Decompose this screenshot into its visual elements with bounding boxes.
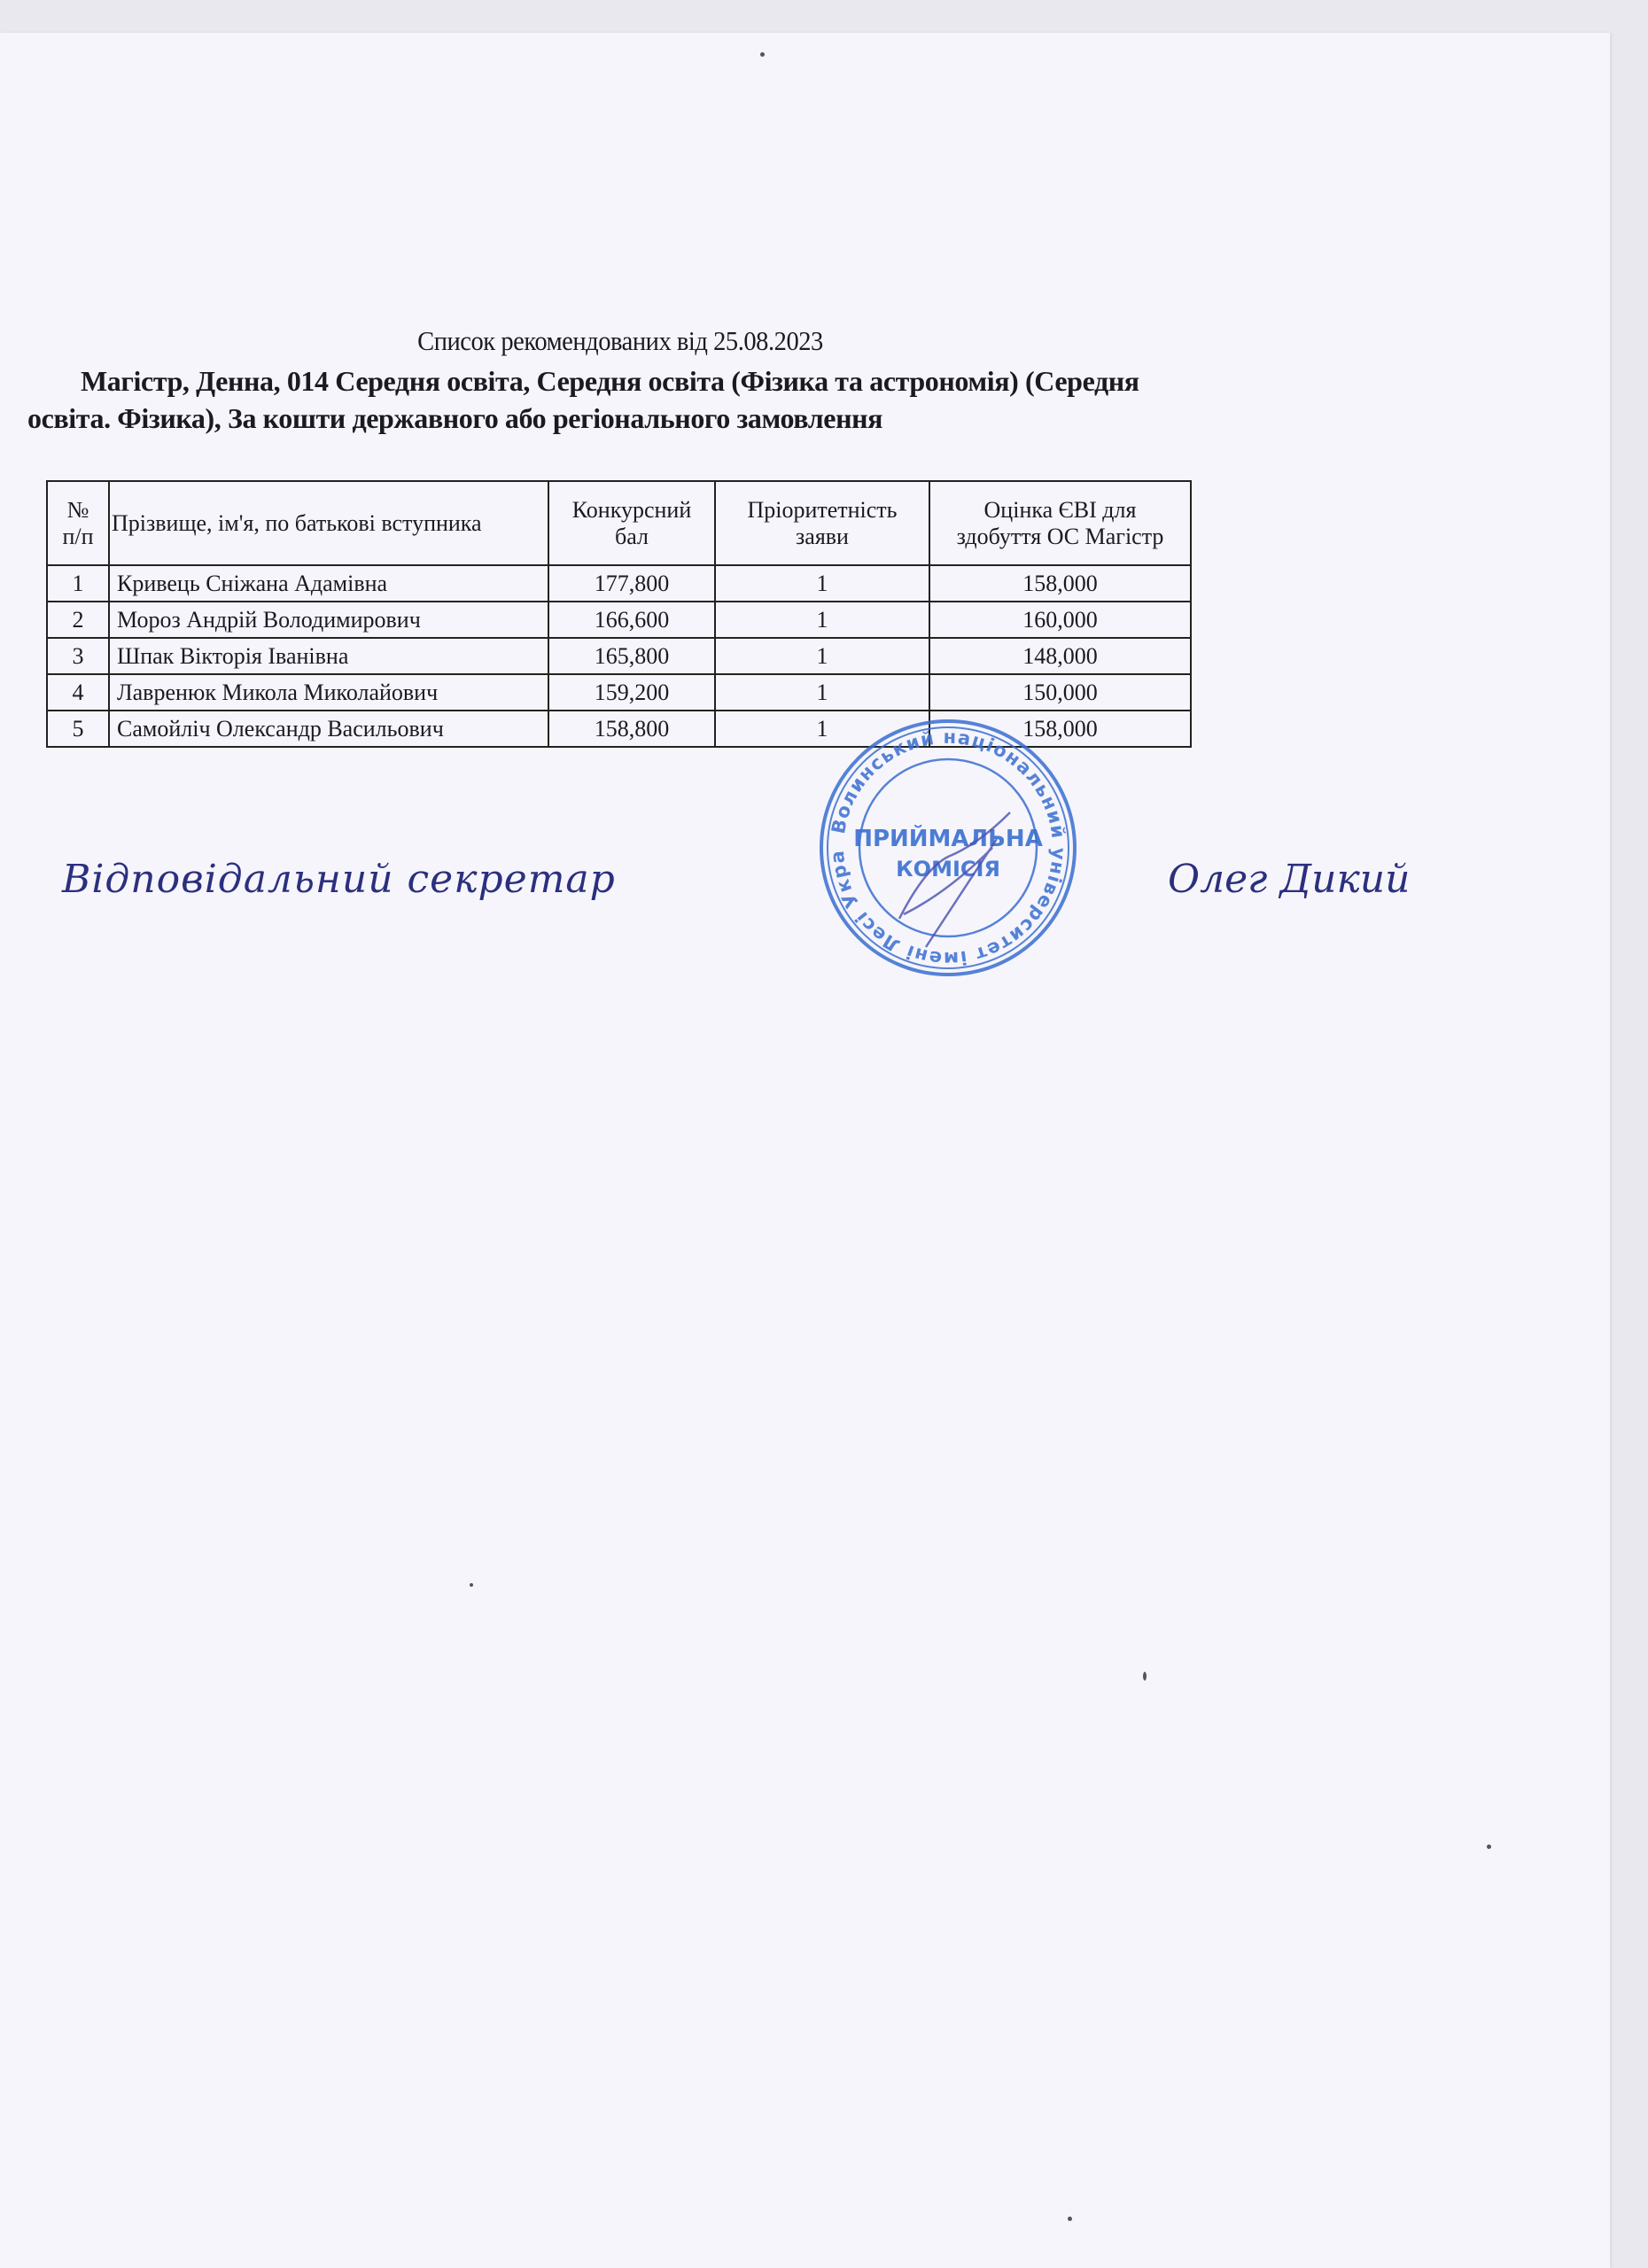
cell-priority: 1: [715, 674, 929, 711]
table-row: 4 Лавренюк Микола Миколайович 159,200 1 …: [47, 674, 1191, 711]
header-score-line1: Конкурсний: [555, 497, 709, 524]
cell-score: 166,600: [548, 602, 715, 638]
document-page: Список рекомендованих від 25.08.2023 Маг…: [0, 33, 1610, 2268]
scan-speck: [1487, 1845, 1491, 1849]
cell-evi: 160,000: [929, 602, 1191, 638]
header-evi-line2: здобуття ОС Магістр: [936, 524, 1185, 550]
cell-score: 159,200: [548, 674, 715, 711]
table-row: 2 Мороз Андрій Володимирович 166,600 1 1…: [47, 602, 1191, 638]
header-evi-line1: Оцінка ЄВІ для: [936, 497, 1185, 524]
header-name: Прізвище, ім'я, по батькові вступника: [109, 481, 548, 565]
document-title: Список рекомендованих від 25.08.2023: [50, 325, 1191, 357]
cell-score: 177,800: [548, 565, 715, 602]
cell-number: 2: [47, 602, 109, 638]
cell-name: Самойліч Олександр Васильович: [109, 711, 548, 747]
cell-number: 3: [47, 638, 109, 674]
cell-name: Мороз Андрій Володимирович: [109, 602, 548, 638]
handwritten-position-title: Відповідальний секретар: [62, 857, 616, 902]
header-priority-line1: Пріоритетність: [721, 497, 923, 524]
table-row: 1 Кривець Сніжана Адамівна 177,800 1 158…: [47, 565, 1191, 602]
document-subtitle: Магістр, Денна, 014 Середня освіта, Сере…: [27, 362, 1206, 437]
header-score: Конкурсний бал: [548, 481, 715, 565]
scan-speck: [470, 1583, 473, 1587]
header-priority-line2: заяви: [721, 524, 923, 550]
cell-number: 4: [47, 674, 109, 711]
cell-number: 5: [47, 711, 109, 747]
cell-name: Лавренюк Микола Миколайович: [109, 674, 548, 711]
table-row: 3 Шпак Вікторія Іванівна 165,800 1 148,0…: [47, 638, 1191, 674]
cell-name: Кривець Сніжана Адамівна: [109, 565, 548, 602]
stamp-center-line1: ПРИЙМАЛЬНА: [853, 824, 1043, 852]
header-number-line2: п/п: [53, 524, 103, 550]
cell-priority: 1: [715, 602, 929, 638]
header-number: № п/п: [47, 481, 109, 565]
handwritten-secretary-name: Олег Дикий: [1168, 857, 1410, 902]
cell-score: 158,800: [548, 711, 715, 747]
scan-speck: [1143, 1672, 1147, 1681]
cell-number: 1: [47, 565, 109, 602]
header-priority: Пріоритетність заяви: [715, 481, 929, 565]
cell-evi: 158,000: [929, 565, 1191, 602]
stamp-center-line2: КОМІСІЯ: [896, 857, 1000, 882]
admission-committee-stamp-icon: Волинський національний університет імен…: [815, 715, 1081, 981]
cell-priority: 1: [715, 565, 929, 602]
table-header-row: № п/п Прізвище, ім'я, по батькові вступн…: [47, 481, 1191, 565]
cell-score: 165,800: [548, 638, 715, 674]
recommended-list-table: № п/п Прізвище, ім'я, по батькові вступн…: [46, 480, 1192, 748]
header-evi: Оцінка ЄВІ для здобуття ОС Магістр: [929, 481, 1191, 565]
cell-priority: 1: [715, 638, 929, 674]
cell-evi: 148,000: [929, 638, 1191, 674]
header-score-line2: бал: [555, 524, 709, 550]
header-number-line1: №: [53, 497, 103, 524]
scan-speck: [760, 52, 765, 57]
scan-speck: [1068, 2217, 1072, 2221]
cell-name: Шпак Вікторія Іванівна: [109, 638, 548, 674]
cell-evi: 150,000: [929, 674, 1191, 711]
